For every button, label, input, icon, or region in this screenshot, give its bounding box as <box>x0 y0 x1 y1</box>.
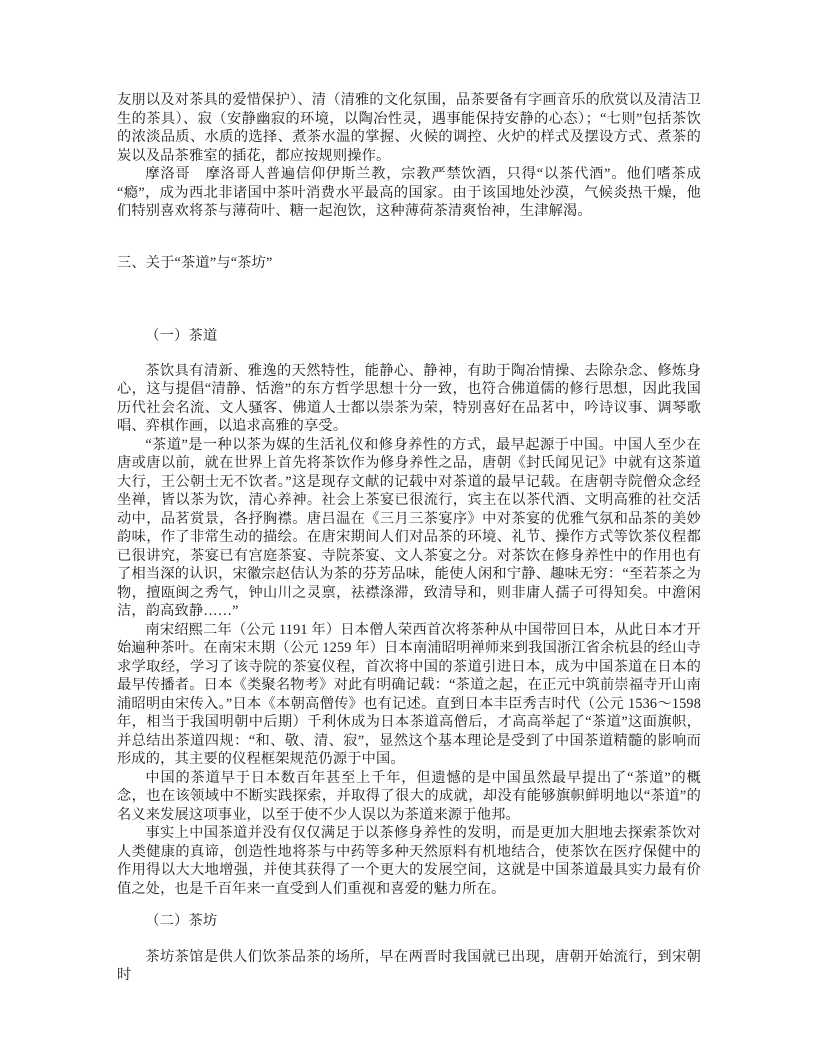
paragraph-tea-nature: 茶饮具有清新、雅逸的天然特性，能静心、静神，有助于陶冶情操、去除杂念、修炼身心，… <box>117 362 701 436</box>
paragraph-seven-rules-continuation: 友朋以及对茶具的爱惜保护）、清（清雅的文化氛围，品茶要备有字画音乐的欣赏以及清洁… <box>117 91 701 165</box>
subheading-chafang: （二）茶坊 <box>117 912 701 931</box>
paragraph-japan-tea-history: 南宋绍熙二年（公元 1191 年）日本僧人荣西首次将茶种从中国带回日本，从此日本… <box>117 621 701 769</box>
paragraph-chafang-intro: 茶坊茶馆是供人们饮茶品茶的场所，早在两晋时我国就已出现，唐朝开始流行，到宋朝时 <box>117 948 701 985</box>
paragraph-tea-health: 事实上中国茶道并没有仅仅满足于以茶修身养性的发明，而是更加大胆地去探索茶饮对人类… <box>117 824 701 898</box>
subheading-chadao: （一）茶道 <box>117 327 701 346</box>
text-block: 友朋以及对茶具的爱惜保护）、清（清雅的文化氛围，品茶要备有字画音乐的欣赏以及清洁… <box>117 91 701 985</box>
document-page: 友朋以及对茶具的爱惜保护）、清（清雅的文化氛围，品茶要备有字画音乐的欣赏以及清洁… <box>0 0 816 1056</box>
paragraph-morocco: 摩洛哥 摩洛哥人普遍信仰伊斯兰教，宗教严禁饮酒，只得“以茶代酒”。他们嗜茶成“瘾… <box>117 165 701 221</box>
paragraph-china-earlier: 中国的茶道早于日本数百年甚至上千年，但遗憾的是中国虽然最早提出了“茶道”的概念，… <box>117 769 701 825</box>
paragraph-chadao-origin: “茶道”是一种以茶为媒的生活礼仪和修身养性的方式，最早起源于中国。中国人至少在唐… <box>117 436 701 621</box>
section-heading-chadao-chafang: 三、关于“茶道”与“茶坊” <box>117 254 701 273</box>
